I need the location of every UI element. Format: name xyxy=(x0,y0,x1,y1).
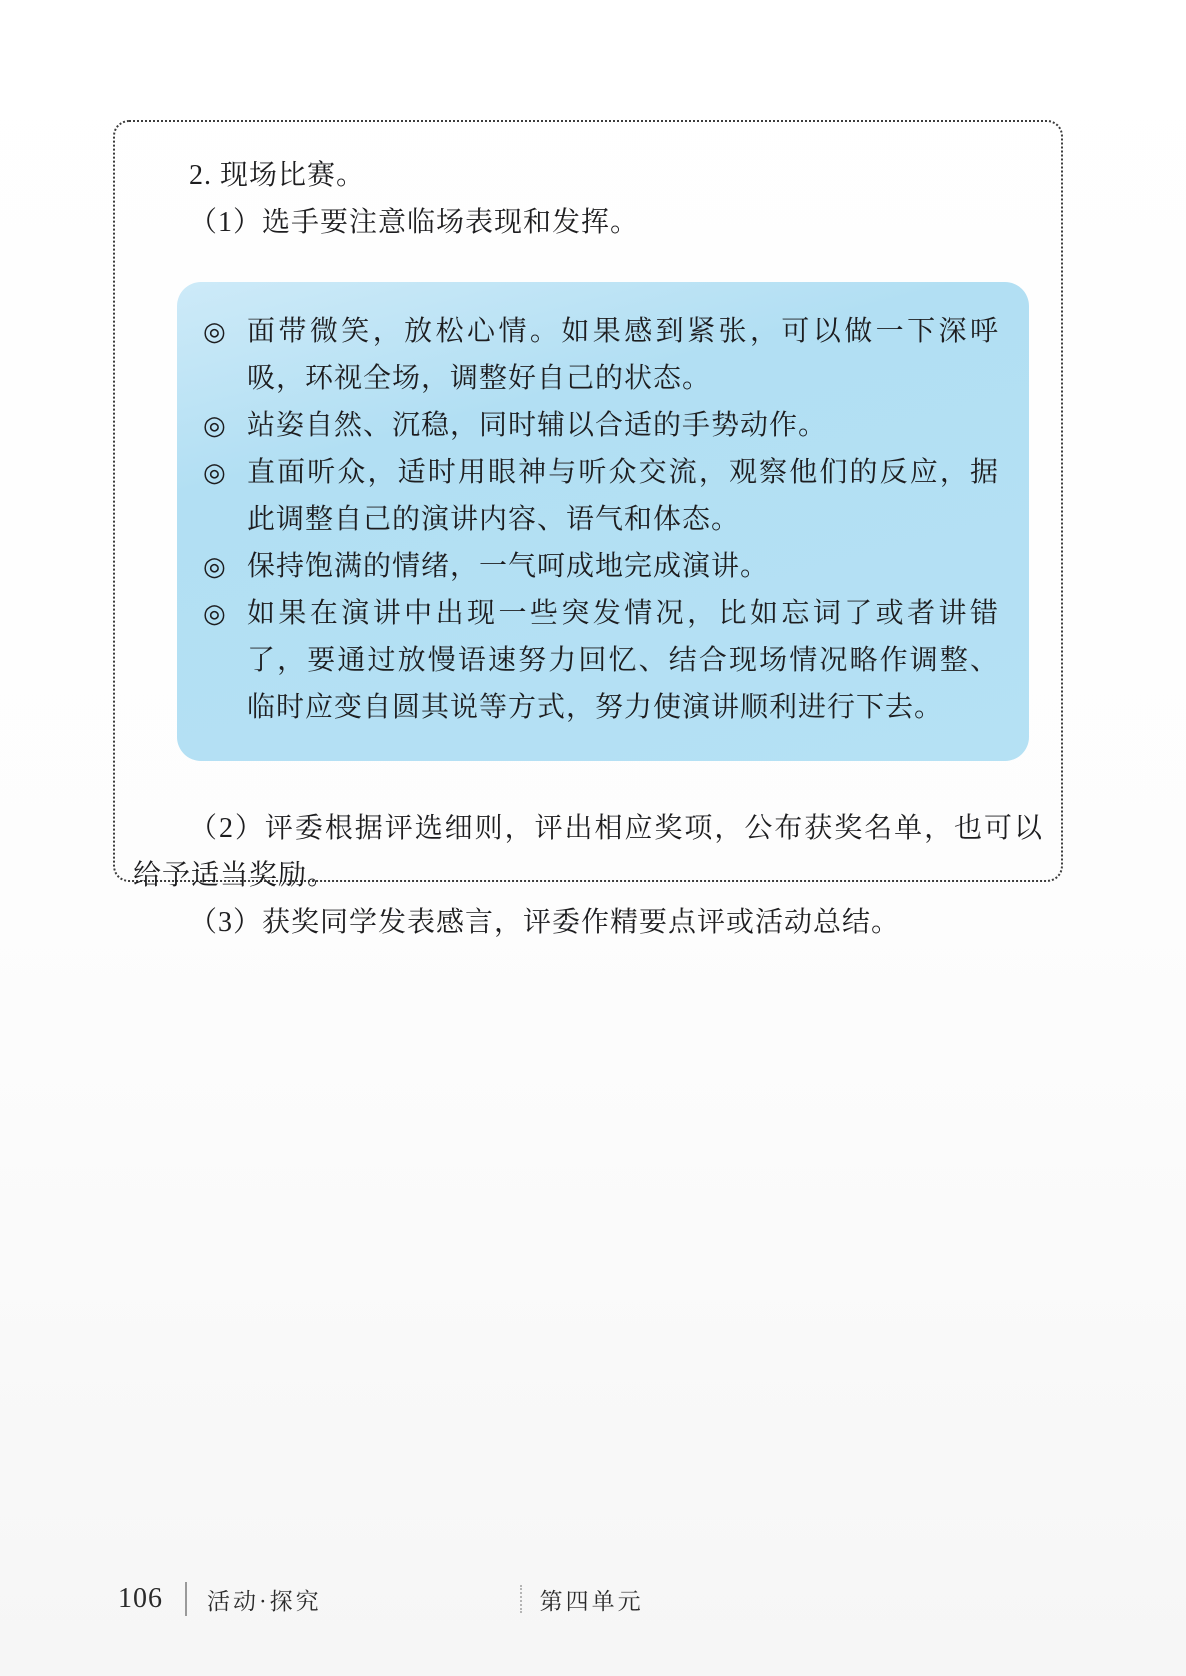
bullseye-bullet-icon: ◎ xyxy=(203,543,247,590)
step-2-text: （2）评委根据评选细则，评出相应奖项，公布获奖名单，也可以给予适当奖励。 xyxy=(133,805,1043,899)
footer-book-label: 活动·探究 xyxy=(207,1583,322,1616)
footer-divider xyxy=(185,1582,187,1616)
bullseye-bullet-icon: ◎ xyxy=(203,449,247,496)
highlight-tips-box: ◎ 面带微笑，放松心情。如果感到紧张，可以做一下深呼吸，环视全场，调整好自己的状… xyxy=(177,282,1029,761)
bullseye-bullet-icon: ◎ xyxy=(203,590,247,637)
tip-item: ◎ 站姿自然、沉稳，同时辅以合适的手势动作。 xyxy=(203,402,999,449)
bullseye-bullet-icon: ◎ xyxy=(203,402,247,449)
tip-item: ◎ 面带微笑，放松心情。如果感到紧张，可以做一下深呼吸，环视全场，调整好自己的状… xyxy=(203,308,999,402)
footer-dotted-divider xyxy=(520,1585,522,1613)
step-3-text: （3）获奖同学发表感言，评委作精要点评或活动总结。 xyxy=(133,899,1043,946)
page-number: 106 xyxy=(118,1583,163,1615)
tip-text: 直面听众，适时用眼神与听众交流，观察他们的反应，据此调整自己的演讲内容、语气和体… xyxy=(247,449,999,543)
page-footer: 106 活动·探究 第四单元 xyxy=(118,1582,644,1616)
tip-text: 保持饱满的情绪，一气呵成地完成演讲。 xyxy=(247,543,999,590)
tip-item: ◎ 保持饱满的情绪，一气呵成地完成演讲。 xyxy=(203,543,999,590)
bullseye-bullet-icon: ◎ xyxy=(203,308,247,355)
footer-unit-label: 第四单元 xyxy=(540,1583,644,1616)
tips-list: ◎ 面带微笑，放松心情。如果感到紧张，可以做一下深呼吸，环视全场，调整好自己的状… xyxy=(203,308,999,731)
textbook-page: 2. 现场比赛。 （1）选手要注意临场表现和发挥。 ◎ 面带微笑，放松心情。如果… xyxy=(0,0,1186,1676)
tip-text: 如果在演讲中出现一些突发情况，比如忘词了或者讲错了，要通过放慢语速努力回忆、结合… xyxy=(247,590,999,731)
tip-item: ◎ 如果在演讲中出现一些突发情况，比如忘词了或者讲错了，要通过放慢语速努力回忆、… xyxy=(203,590,999,731)
section-heading: 2. 现场比赛。 xyxy=(133,152,1043,199)
tip-text: 面带微笑，放松心情。如果感到紧张，可以做一下深呼吸，环视全场，调整好自己的状态。 xyxy=(247,308,999,402)
tip-text: 站姿自然、沉稳，同时辅以合适的手势动作。 xyxy=(247,402,999,449)
step-1-text: （1）选手要注意临场表现和发挥。 xyxy=(133,199,1043,246)
dotted-frame: 2. 现场比赛。 （1）选手要注意临场表现和发挥。 ◎ 面带微笑，放松心情。如果… xyxy=(113,120,1063,882)
tip-item: ◎ 直面听众，适时用眼神与听众交流，观察他们的反应，据此调整自己的演讲内容、语气… xyxy=(203,449,999,543)
